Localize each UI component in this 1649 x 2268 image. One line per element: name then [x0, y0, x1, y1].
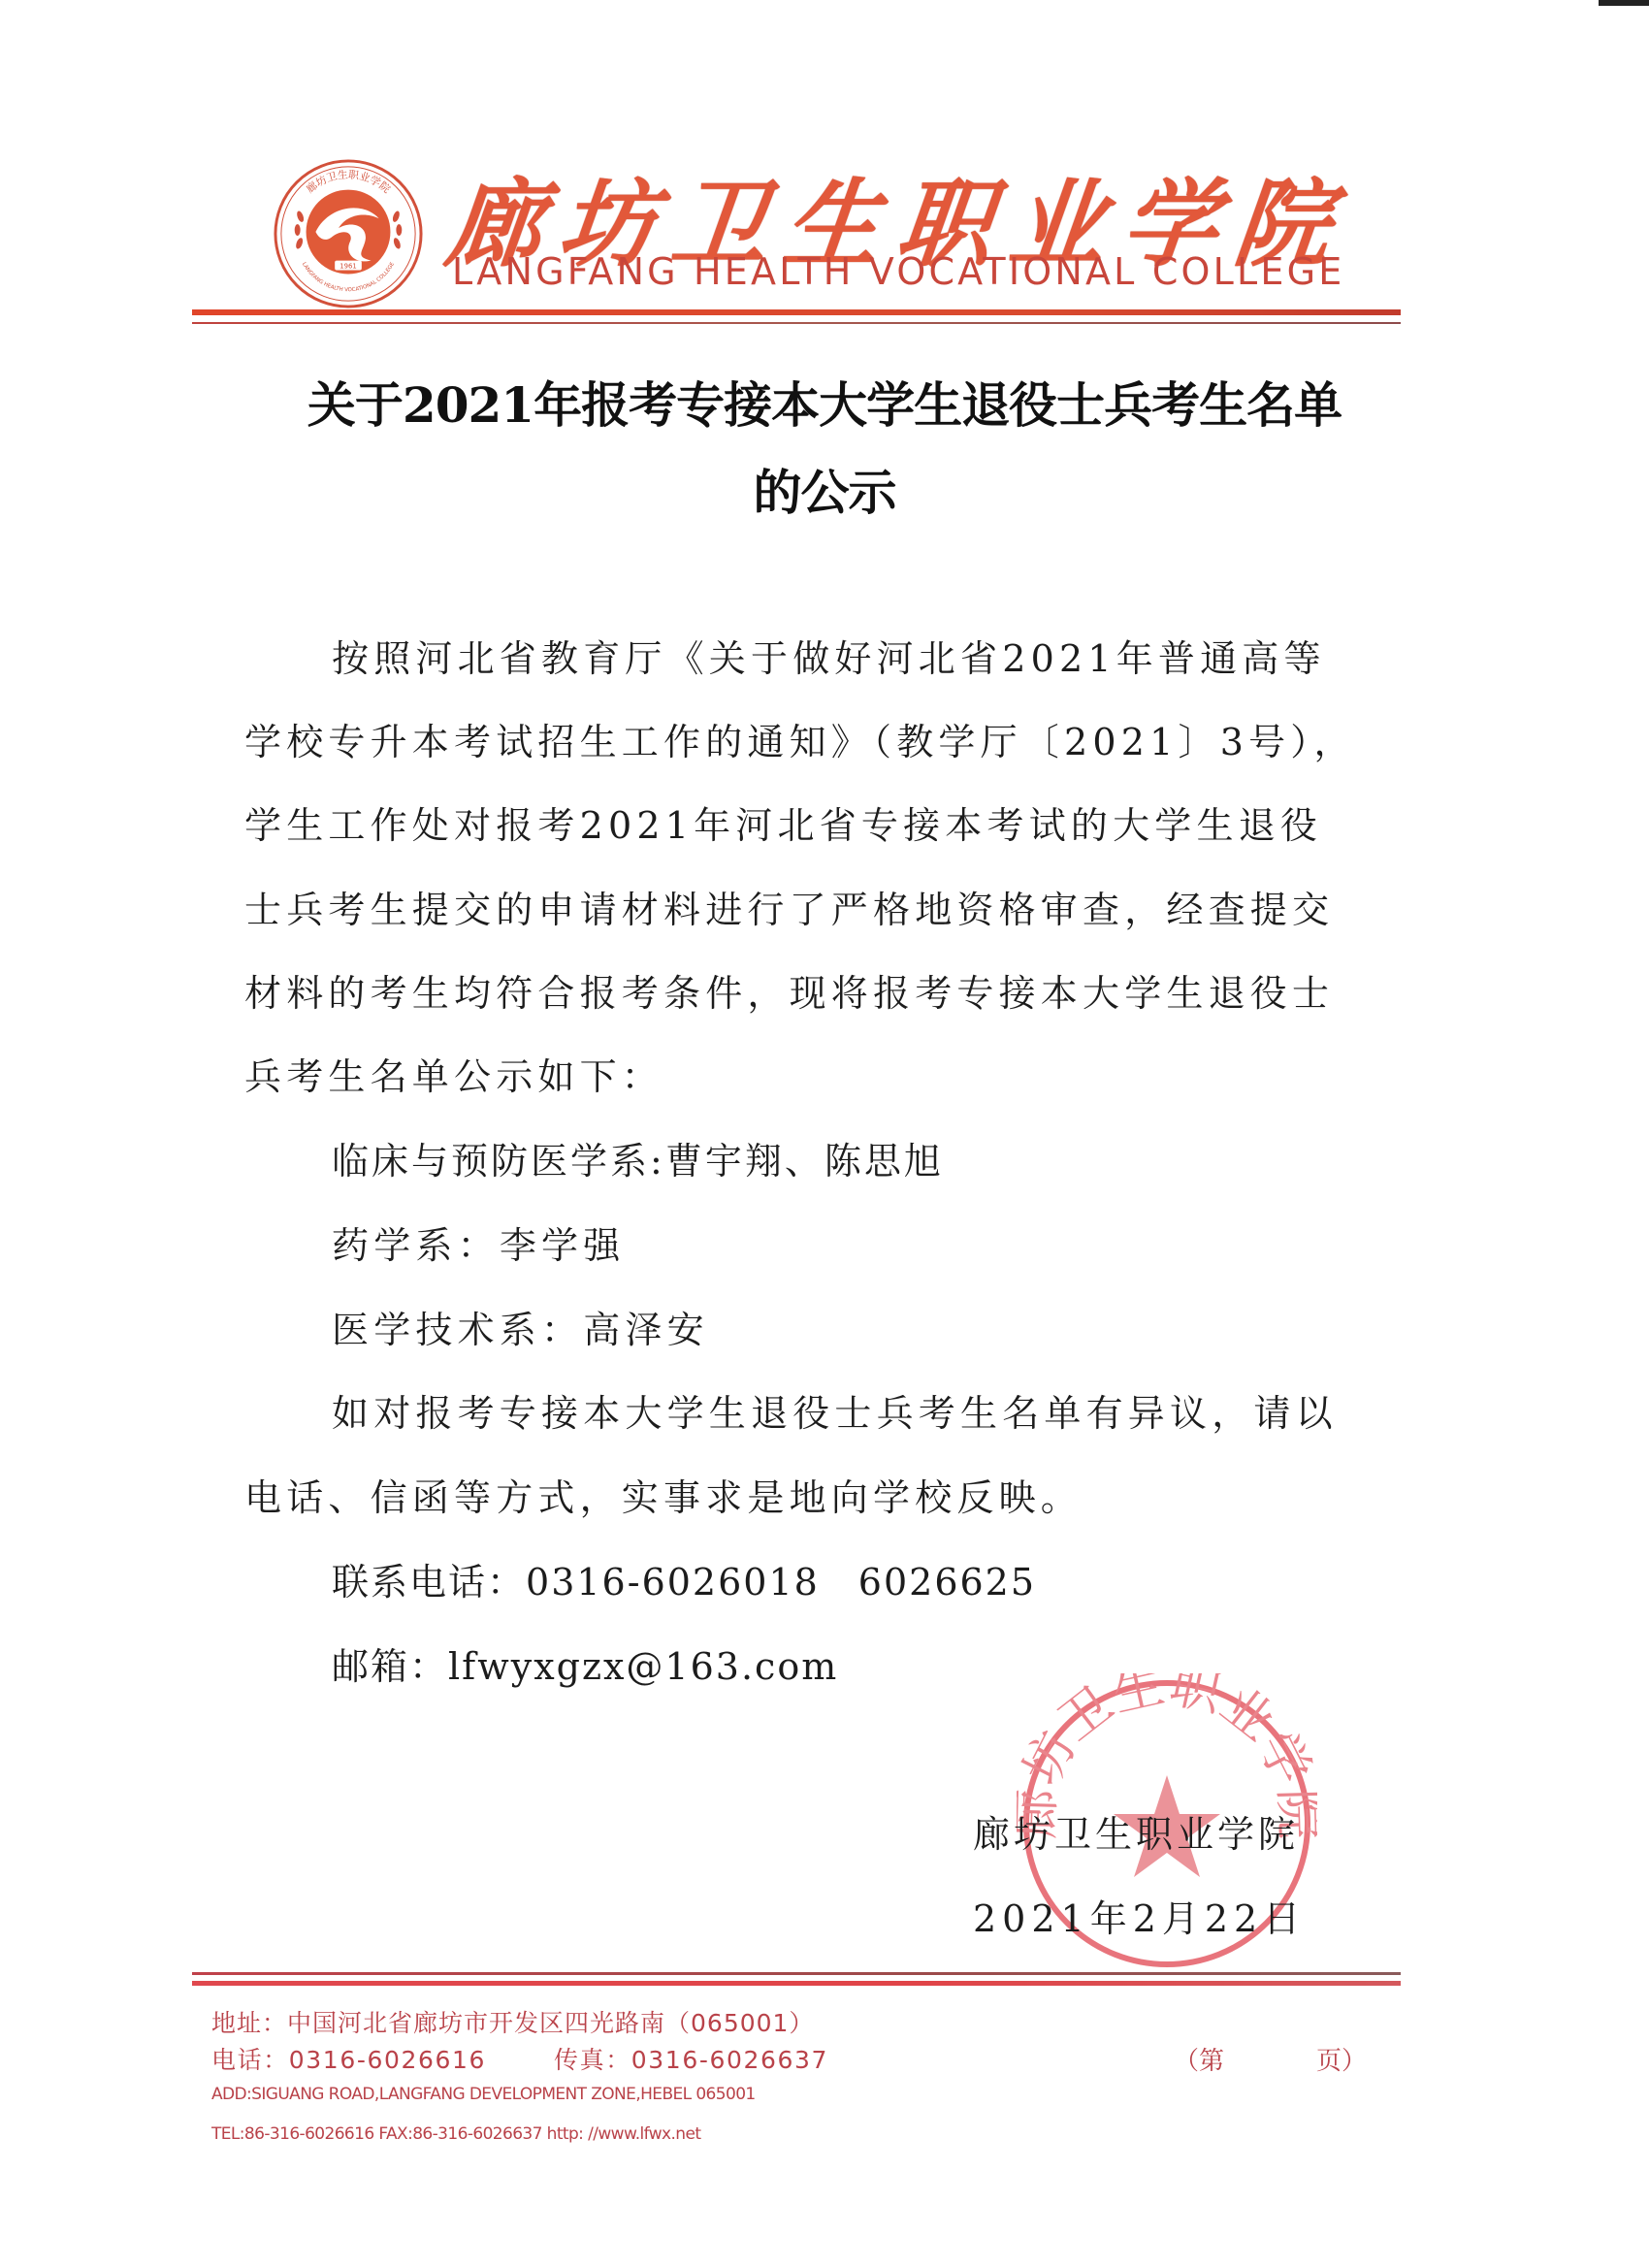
body-line: 士兵考生提交的申请材料进行了严格地资格审查，经查提交	[244, 880, 1334, 933]
footer-divider-thick	[192, 1981, 1401, 1986]
document-title-line-1: 关于2021年报考专接本大学生退役士兵考生名单	[194, 367, 1455, 437]
contact-phone: 联系电话：0316-6026018 6026625	[332, 1552, 1036, 1605]
department-name: 医学技术系：	[332, 1309, 583, 1351]
document-title-line-2: 的公示	[194, 454, 1455, 524]
body-line: 学校专升本考试招生工作的通知》（教学厅〔2021〕3号），	[244, 712, 1356, 765]
department-item-medical-tech: 医学技术系：高泽安	[332, 1300, 709, 1353]
student-names: 曹宇翔、陈思旭	[665, 1140, 944, 1183]
contact-phone-label: 联系电话：	[332, 1561, 526, 1604]
footer-fax-cn: 传真：0316-6026637	[554, 2046, 828, 2074]
footer-tel-fax-en: TEL:86-316-6026616 FAX:86-316-6026637 ht…	[211, 2124, 700, 2144]
signature-date: 2021年2月22日	[973, 1889, 1306, 1942]
contact-email-label: 邮箱：	[332, 1645, 448, 1688]
footer-phone-cn: 电话：0316-6026616	[211, 2046, 486, 2074]
page-number-open: （第	[1174, 2047, 1224, 2076]
contact-phone-value: 0316-6026018 6026625	[526, 1561, 1036, 1604]
department-name: 药学系：	[332, 1224, 500, 1267]
department-name: 临床与预防医学系:	[332, 1140, 665, 1183]
body-line: 材料的考生均符合报考条件，现将报考专接本大学生退役士	[244, 963, 1334, 1017]
contact-email-value[interactable]: lfwyxgzx@163.com	[448, 1645, 838, 1688]
department-item-clinical: 临床与预防医学系:曹宇翔、陈思旭	[332, 1131, 944, 1184]
scan-edge-mark	[1599, 0, 1649, 6]
footer-address-en: ADD:SIGUANG ROAD,LANGFANG DEVELOPMENT ZO…	[211, 2085, 756, 2104]
department-item-pharmacy: 药学系：李学强	[332, 1215, 625, 1269]
student-names: 李学强	[500, 1224, 626, 1267]
body-line: 兵考生名单公示如下：	[244, 1047, 663, 1100]
page-number: （第页）	[1174, 2041, 1367, 2077]
objection-line: 电话、信函等方式，实事求是地向学校反映。	[244, 1468, 1083, 1521]
svg-text:1961: 1961	[339, 263, 357, 271]
header-divider-thin	[192, 322, 1401, 324]
signature-institution: 廊坊卫生职业学院	[973, 1804, 1299, 1858]
student-names: 高泽安	[583, 1309, 709, 1351]
header-divider-thick	[192, 309, 1401, 315]
college-emblem-icon: 1961 廊坊卫生职业学院 LANGFANG HEALTH VOCATIONAL…	[272, 157, 425, 310]
page-number-close: 页）	[1316, 2047, 1367, 2076]
footer-phone-fax-cn: 电话：0316-6026616传真：0316-6026637	[211, 2041, 828, 2076]
college-name-english: LANGFANG HEALTH VOCATIONAL COLLEGE	[452, 250, 1325, 293]
body-line: 按照河北省教育厅《关于做好河北省2021年普通高等	[332, 629, 1326, 682]
footer-divider-thin	[192, 1972, 1401, 1975]
body-line: 学生工作处对报考2021年河北省专接本考试的大学生退役	[244, 795, 1322, 849]
footer-address-cn: 地址：中国河北省廊坊市开发区四光路南（065001）	[211, 2004, 814, 2039]
contact-email: 邮箱：lfwyxgzx@163.com	[332, 1636, 838, 1690]
objection-line: 如对报考专接本大学生退役士兵考生名单有异议，请以	[332, 1383, 1338, 1437]
